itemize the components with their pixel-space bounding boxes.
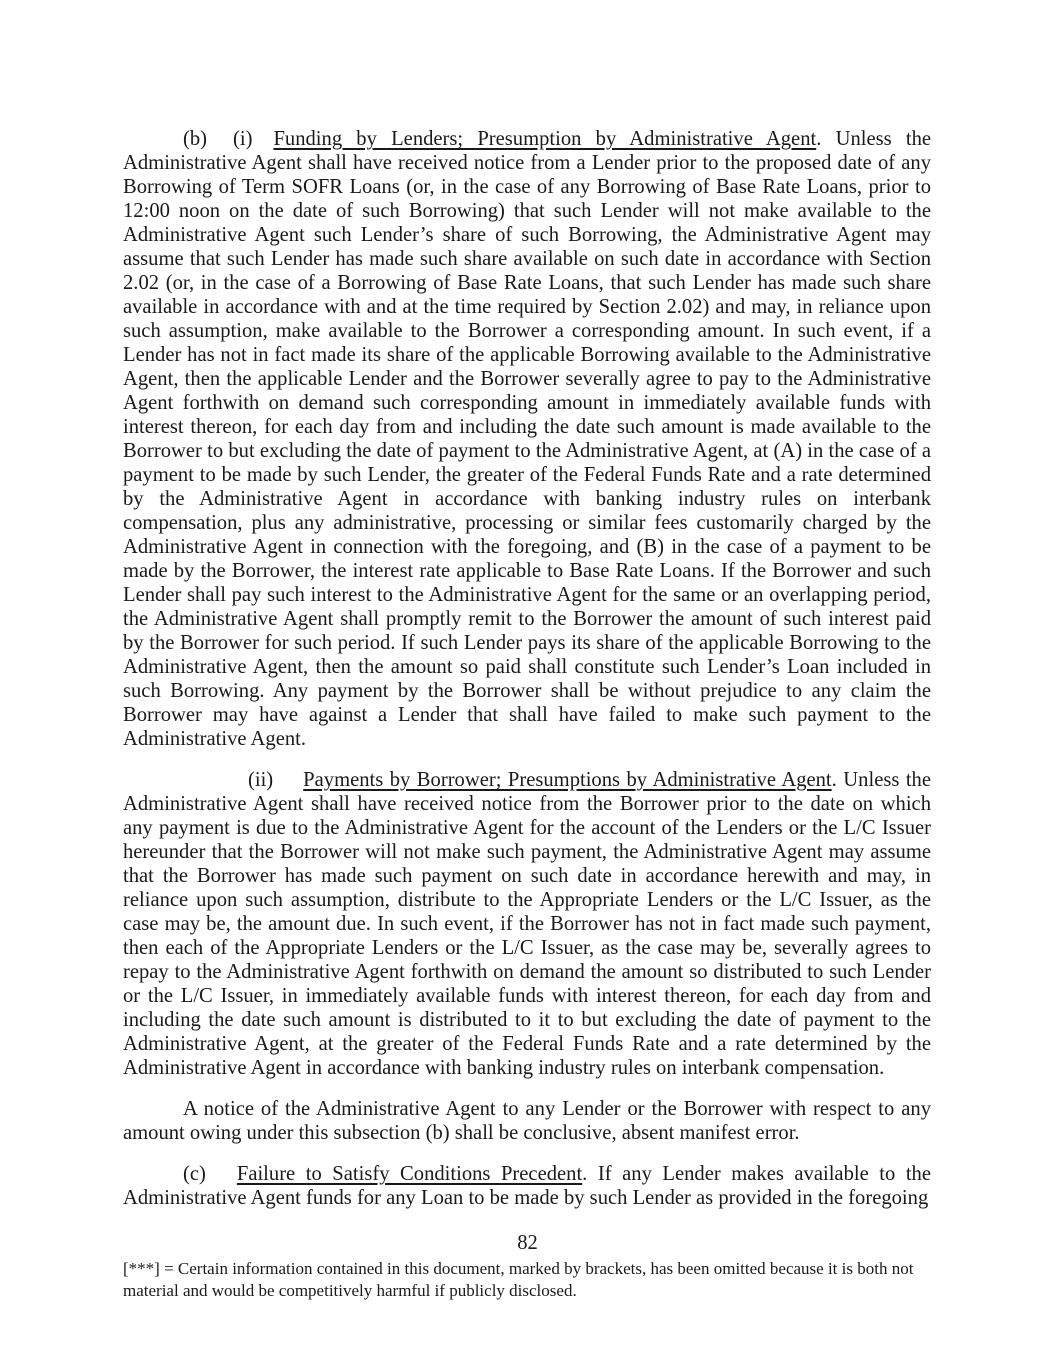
- section-heading-payments-by-borrower: Payments by Borrower; Presumptions by Ad…: [303, 769, 831, 791]
- paragraph-c: (c)Failure to Satisfy Conditions Precede…: [123, 1162, 931, 1210]
- footnote: [***] = Certain information contained in…: [123, 1258, 935, 1302]
- document-page: (b)(i)Funding by Lenders; Presumption by…: [0, 0, 1055, 1365]
- tab-spacer: [206, 1179, 237, 1180]
- heading-period: .: [816, 128, 821, 150]
- heading-period: .: [832, 769, 837, 791]
- tab-spacer: [252, 144, 273, 145]
- clause-label-i: (i): [233, 128, 252, 150]
- paragraph-notice: A notice of the Administrative Agent to …: [123, 1097, 931, 1145]
- clause-label-ii: (ii): [248, 769, 273, 791]
- heading-period: .: [582, 1163, 587, 1185]
- paragraph-b-i: (b)(i)Funding by Lenders; Presumption by…: [123, 127, 931, 751]
- paragraph-body: A notice of the Administrative Agent to …: [123, 1098, 931, 1144]
- paragraph-body: Unless the Administrative Agent shall ha…: [123, 128, 931, 750]
- page-number: 82: [0, 1231, 1055, 1255]
- section-heading-failure-to-satisfy: Failure to Satisfy Conditions Precedent: [237, 1163, 582, 1185]
- paragraph-body: Unless the Administrative Agent shall ha…: [123, 769, 931, 1079]
- section-heading-funding-by-lenders: Funding by Lenders; Presumption by Admin…: [273, 128, 816, 150]
- tab-spacer: [273, 785, 303, 786]
- document-body: (b)(i)Funding by Lenders; Presumption by…: [123, 127, 931, 1210]
- clause-label-c: (c): [183, 1163, 206, 1185]
- clause-label-b: (b): [183, 128, 207, 150]
- tab-spacer: [207, 144, 233, 145]
- paragraph-b-ii: (ii)Payments by Borrower; Presumptions b…: [123, 768, 931, 1080]
